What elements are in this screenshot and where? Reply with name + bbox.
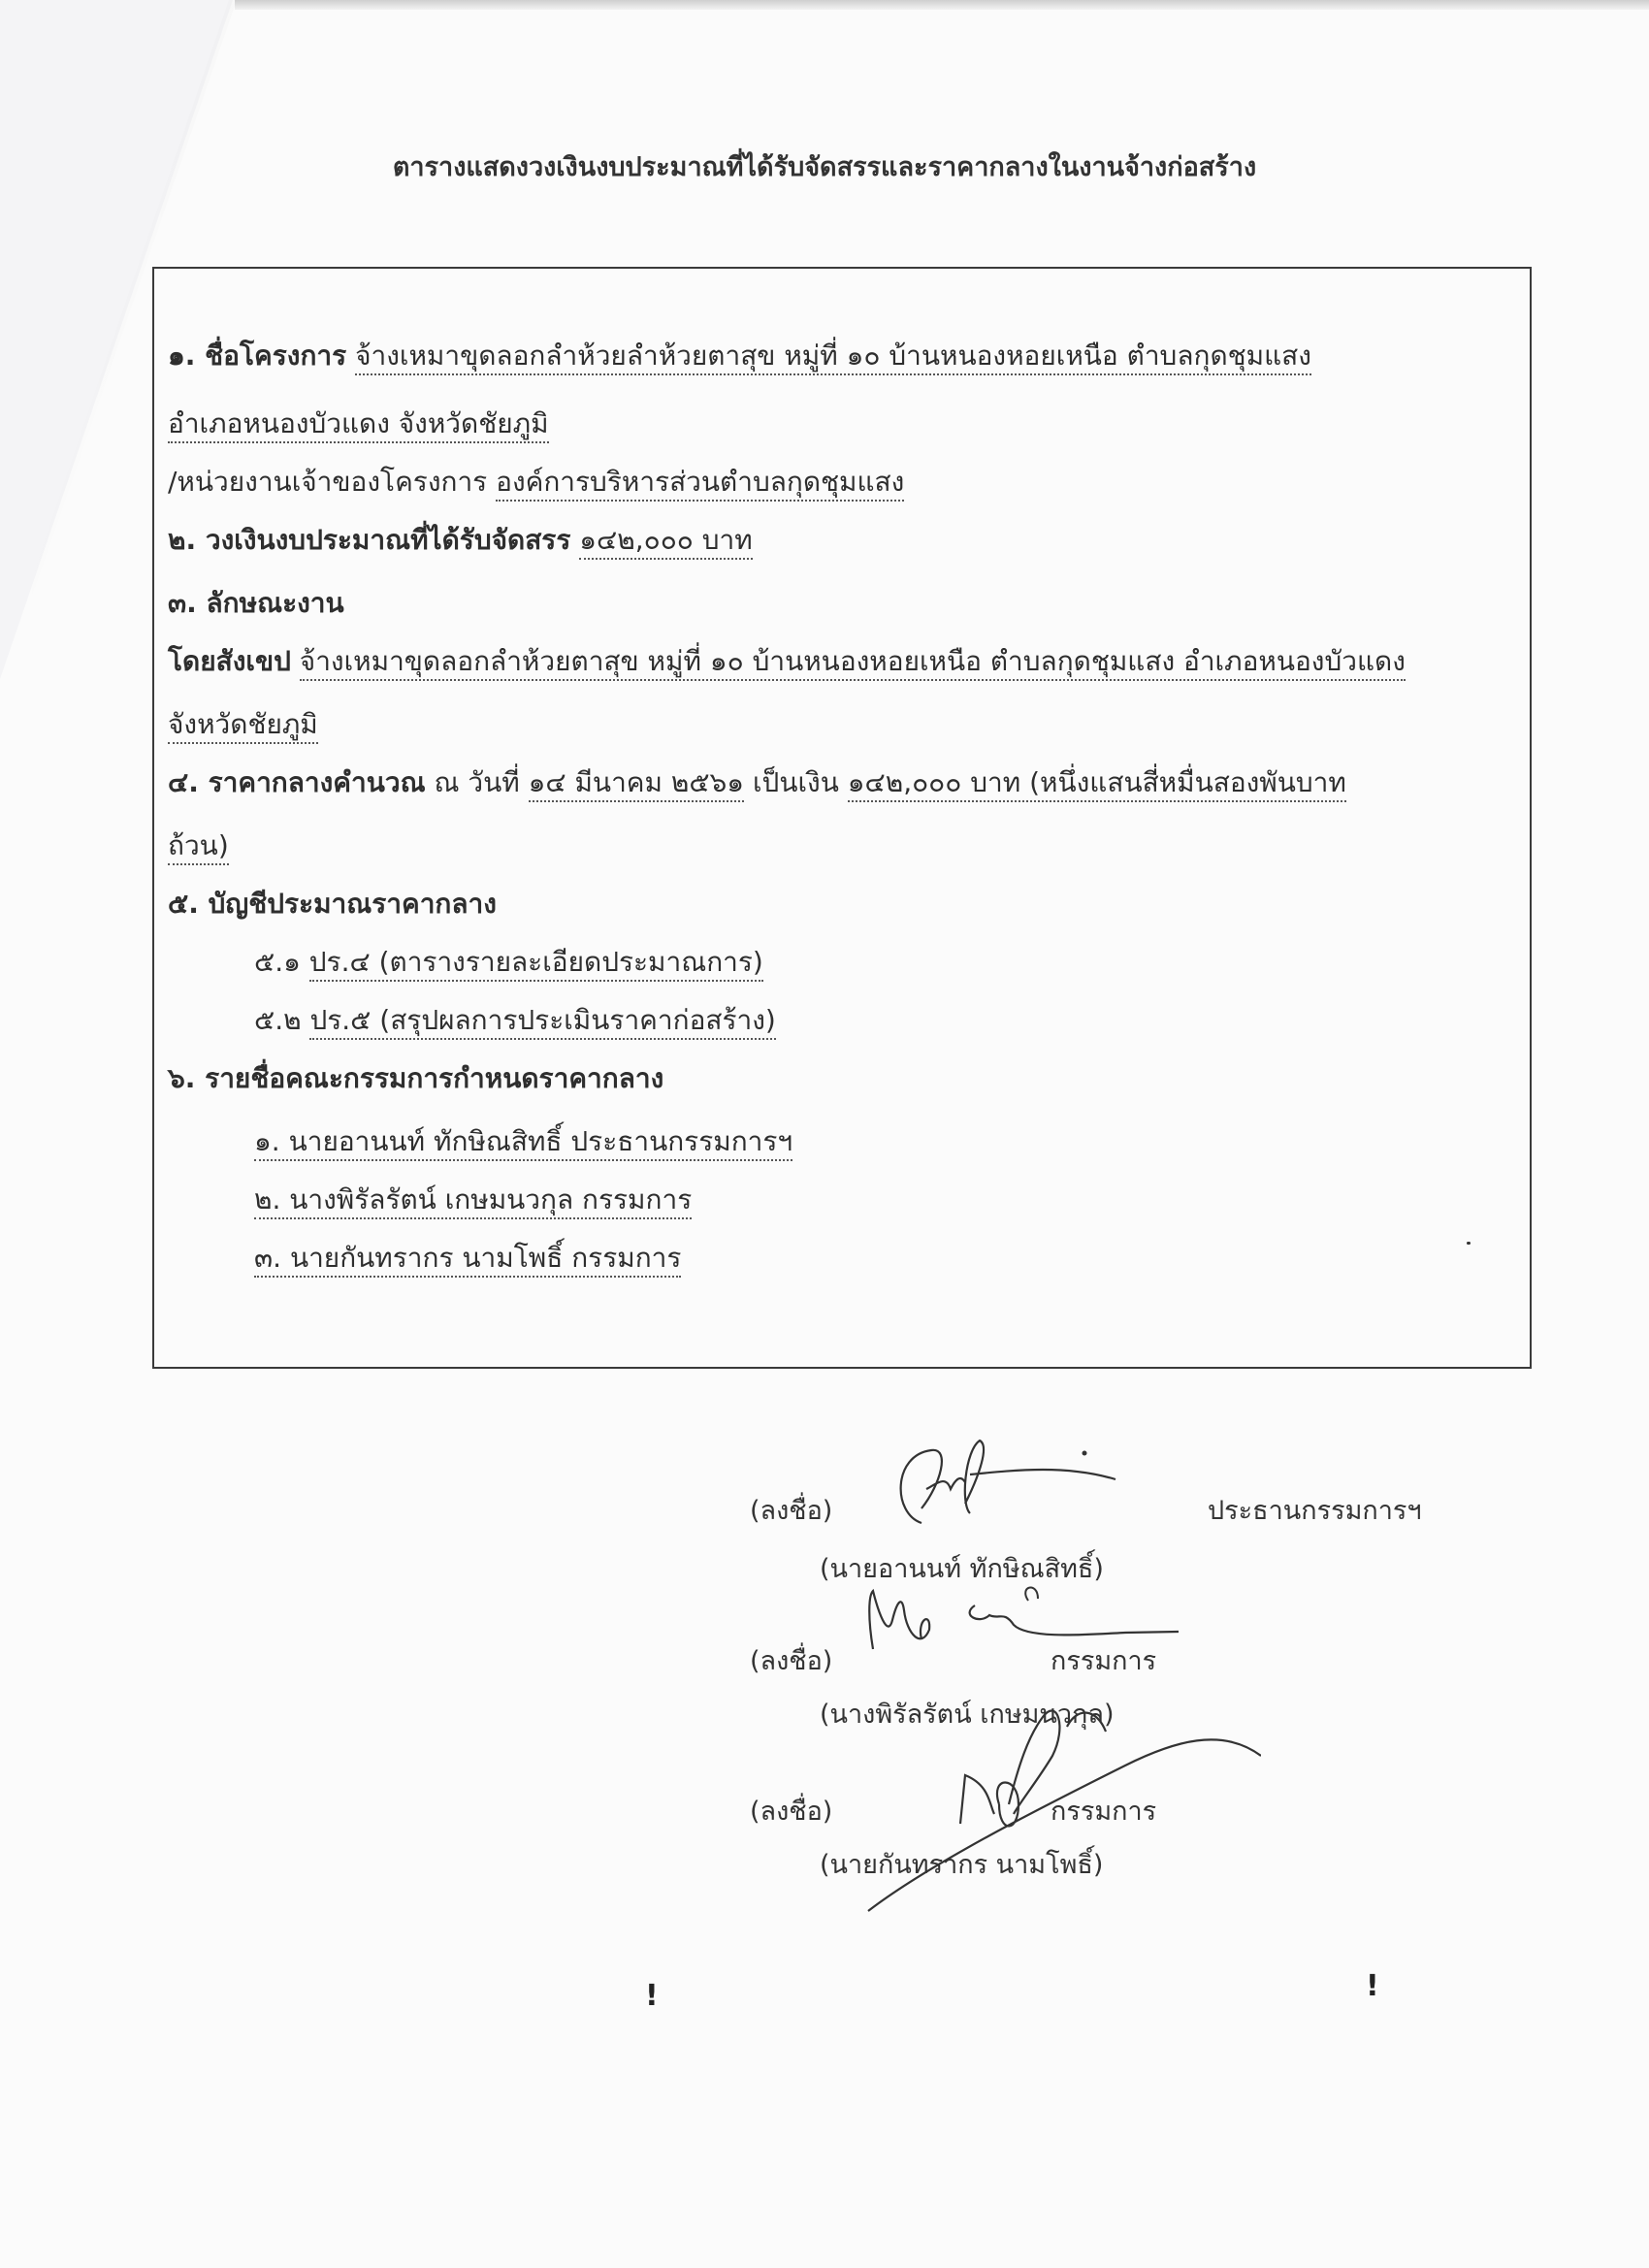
sub-num: ๕.๒	[254, 1004, 302, 1036]
sign-role: กรรมการ	[1051, 1790, 1156, 1831]
summary-label: โดยสังเขป	[168, 645, 291, 677]
footer-mark: !	[1366, 1969, 1379, 2003]
summary-value-line2: จังหวัดชัยภูมิ	[168, 708, 318, 744]
sign-label: (ลงชื่อ)	[750, 1639, 832, 1681]
date-prefix: ณ วันที่	[435, 766, 520, 798]
summary-value: จ้างเหมาขุดลอกลำห้วยตาสุข หมู่ที่ ๑๐ บ้า…	[300, 645, 1406, 681]
sign-role: ประธานกรรมการฯ	[1208, 1489, 1422, 1531]
committee-member: ๑. นายอานนท์ ทักษิณสิทธิ์ ประธานกรรมการฯ	[254, 1120, 792, 1163]
date-value: ๑๔ มีนาคม ๒๕๖๑	[529, 766, 744, 802]
item4-label: ๔. ราคากลางคำนวณ	[168, 766, 426, 798]
amount-value-line2: ถ้วน)	[168, 829, 229, 865]
amount-value: ๑๔๒,๐๐๐ บาท (หนึ่งแสนสี่หมื่นสองพันบาท	[848, 766, 1346, 802]
item1-project-name-cont: อำเภอหนองบัวแดง จังหวัดชัยภูมิ	[168, 403, 549, 445]
item3-label: ๓. ลักษณะงาน	[168, 582, 344, 625]
footer-mark: !	[645, 1979, 659, 2013]
item2-label: ๒. วงเงินงบประมาณที่ได้รับจัดสรร	[168, 524, 570, 556]
item6-label: ๖. รายชื่อคณะกรรมการกำหนดราคากลาง	[168, 1057, 663, 1100]
agency-label: /หน่วยงานเจ้าของโครงการ	[168, 466, 487, 498]
item4-median-price: ๔. ราคากลางคำนวณ ณ วันที่ ๑๔ มีนาคม ๒๕๖๑…	[168, 761, 1346, 804]
member-text: ๓. นายกันทรากร นามโพธิ์ กรรมการ	[254, 1242, 681, 1278]
item1-label: ๑. ชื่อโครงการ	[168, 340, 346, 372]
sign-label: (ลงชื่อ)	[750, 1489, 832, 1531]
member-text: ๑. นายอานนท์ ทักษิณสิทธิ์ ประธานกรรมการฯ	[254, 1125, 792, 1161]
item5-label: ๕. บัญชีประมาณราคากลาง	[168, 883, 497, 925]
item1-value: จ้างเหมาขุดลอกลำห้วยลำห้วยตาสุข หมู่ที่ …	[355, 340, 1311, 375]
item5-sub-2: ๕.๒ ปร.๕ (สรุปผลการประเมินราคาก่อสร้าง)	[254, 999, 776, 1042]
sign-label: (ลงชื่อ)	[750, 1790, 832, 1831]
sub-text: ปร.๔ (ตารางรายละเอียดประมาณการ)	[309, 946, 763, 982]
item4-amount-cont: ถ้วน)	[168, 825, 229, 867]
committee-member: ๒. นางพิรัลรัตน์ เกษมนวกุล กรรมการ	[254, 1179, 692, 1221]
signature-1	[854, 1436, 1145, 1542]
item3-summary: โดยสังเขป จ้างเหมาขุดลอกลำห้วยตาสุข หมู่…	[168, 640, 1406, 683]
scan-top-edge	[235, 0, 1649, 10]
signer-name: (นายกันทรากร นามโพธิ์)	[820, 1843, 1103, 1885]
item2-value: ๑๔๒,๐๐๐ บาท	[579, 524, 752, 560]
sub-num: ๕.๑	[254, 946, 301, 978]
signature-2	[834, 1581, 1242, 1678]
agency-value: องค์การบริหารส่วนตำบลกุดชุมแสง	[496, 466, 904, 502]
committee-member: ๓. นายกันทรากร นามโพธิ์ กรรมการ	[254, 1237, 681, 1280]
item3-summary-cont: จังหวัดชัยภูมิ	[168, 703, 318, 746]
item1-value-line2: อำเภอหนองบัวแดง จังหวัดชัยภูมิ	[168, 407, 549, 443]
scan-speck	[1467, 1242, 1471, 1245]
item5-sub-1: ๕.๑ ปร.๔ (ตารางรายละเอียดประมาณการ)	[254, 941, 763, 984]
item1-agency: /หน่วยงานเจ้าของโครงการ องค์การบริหารส่ว…	[168, 461, 904, 503]
document-title: ตารางแสดงวงเงินงบประมาณที่ได้รับจัดสรรแล…	[0, 146, 1649, 187]
member-text: ๒. นางพิรัลรัตน์ เกษมนวกุล กรรมการ	[254, 1183, 692, 1219]
item2-budget: ๒. วงเงินงบประมาณที่ได้รับจัดสรร ๑๔๒,๐๐๐…	[168, 519, 753, 562]
item1-project-name: ๑. ชื่อโครงการ จ้างเหมาขุดลอกลำห้วยลำห้ว…	[168, 335, 1311, 377]
amount-prefix: เป็นเงิน	[753, 766, 839, 798]
sub-text: ปร.๕ (สรุปผลการประเมินราคาก่อสร้าง)	[309, 1004, 775, 1040]
